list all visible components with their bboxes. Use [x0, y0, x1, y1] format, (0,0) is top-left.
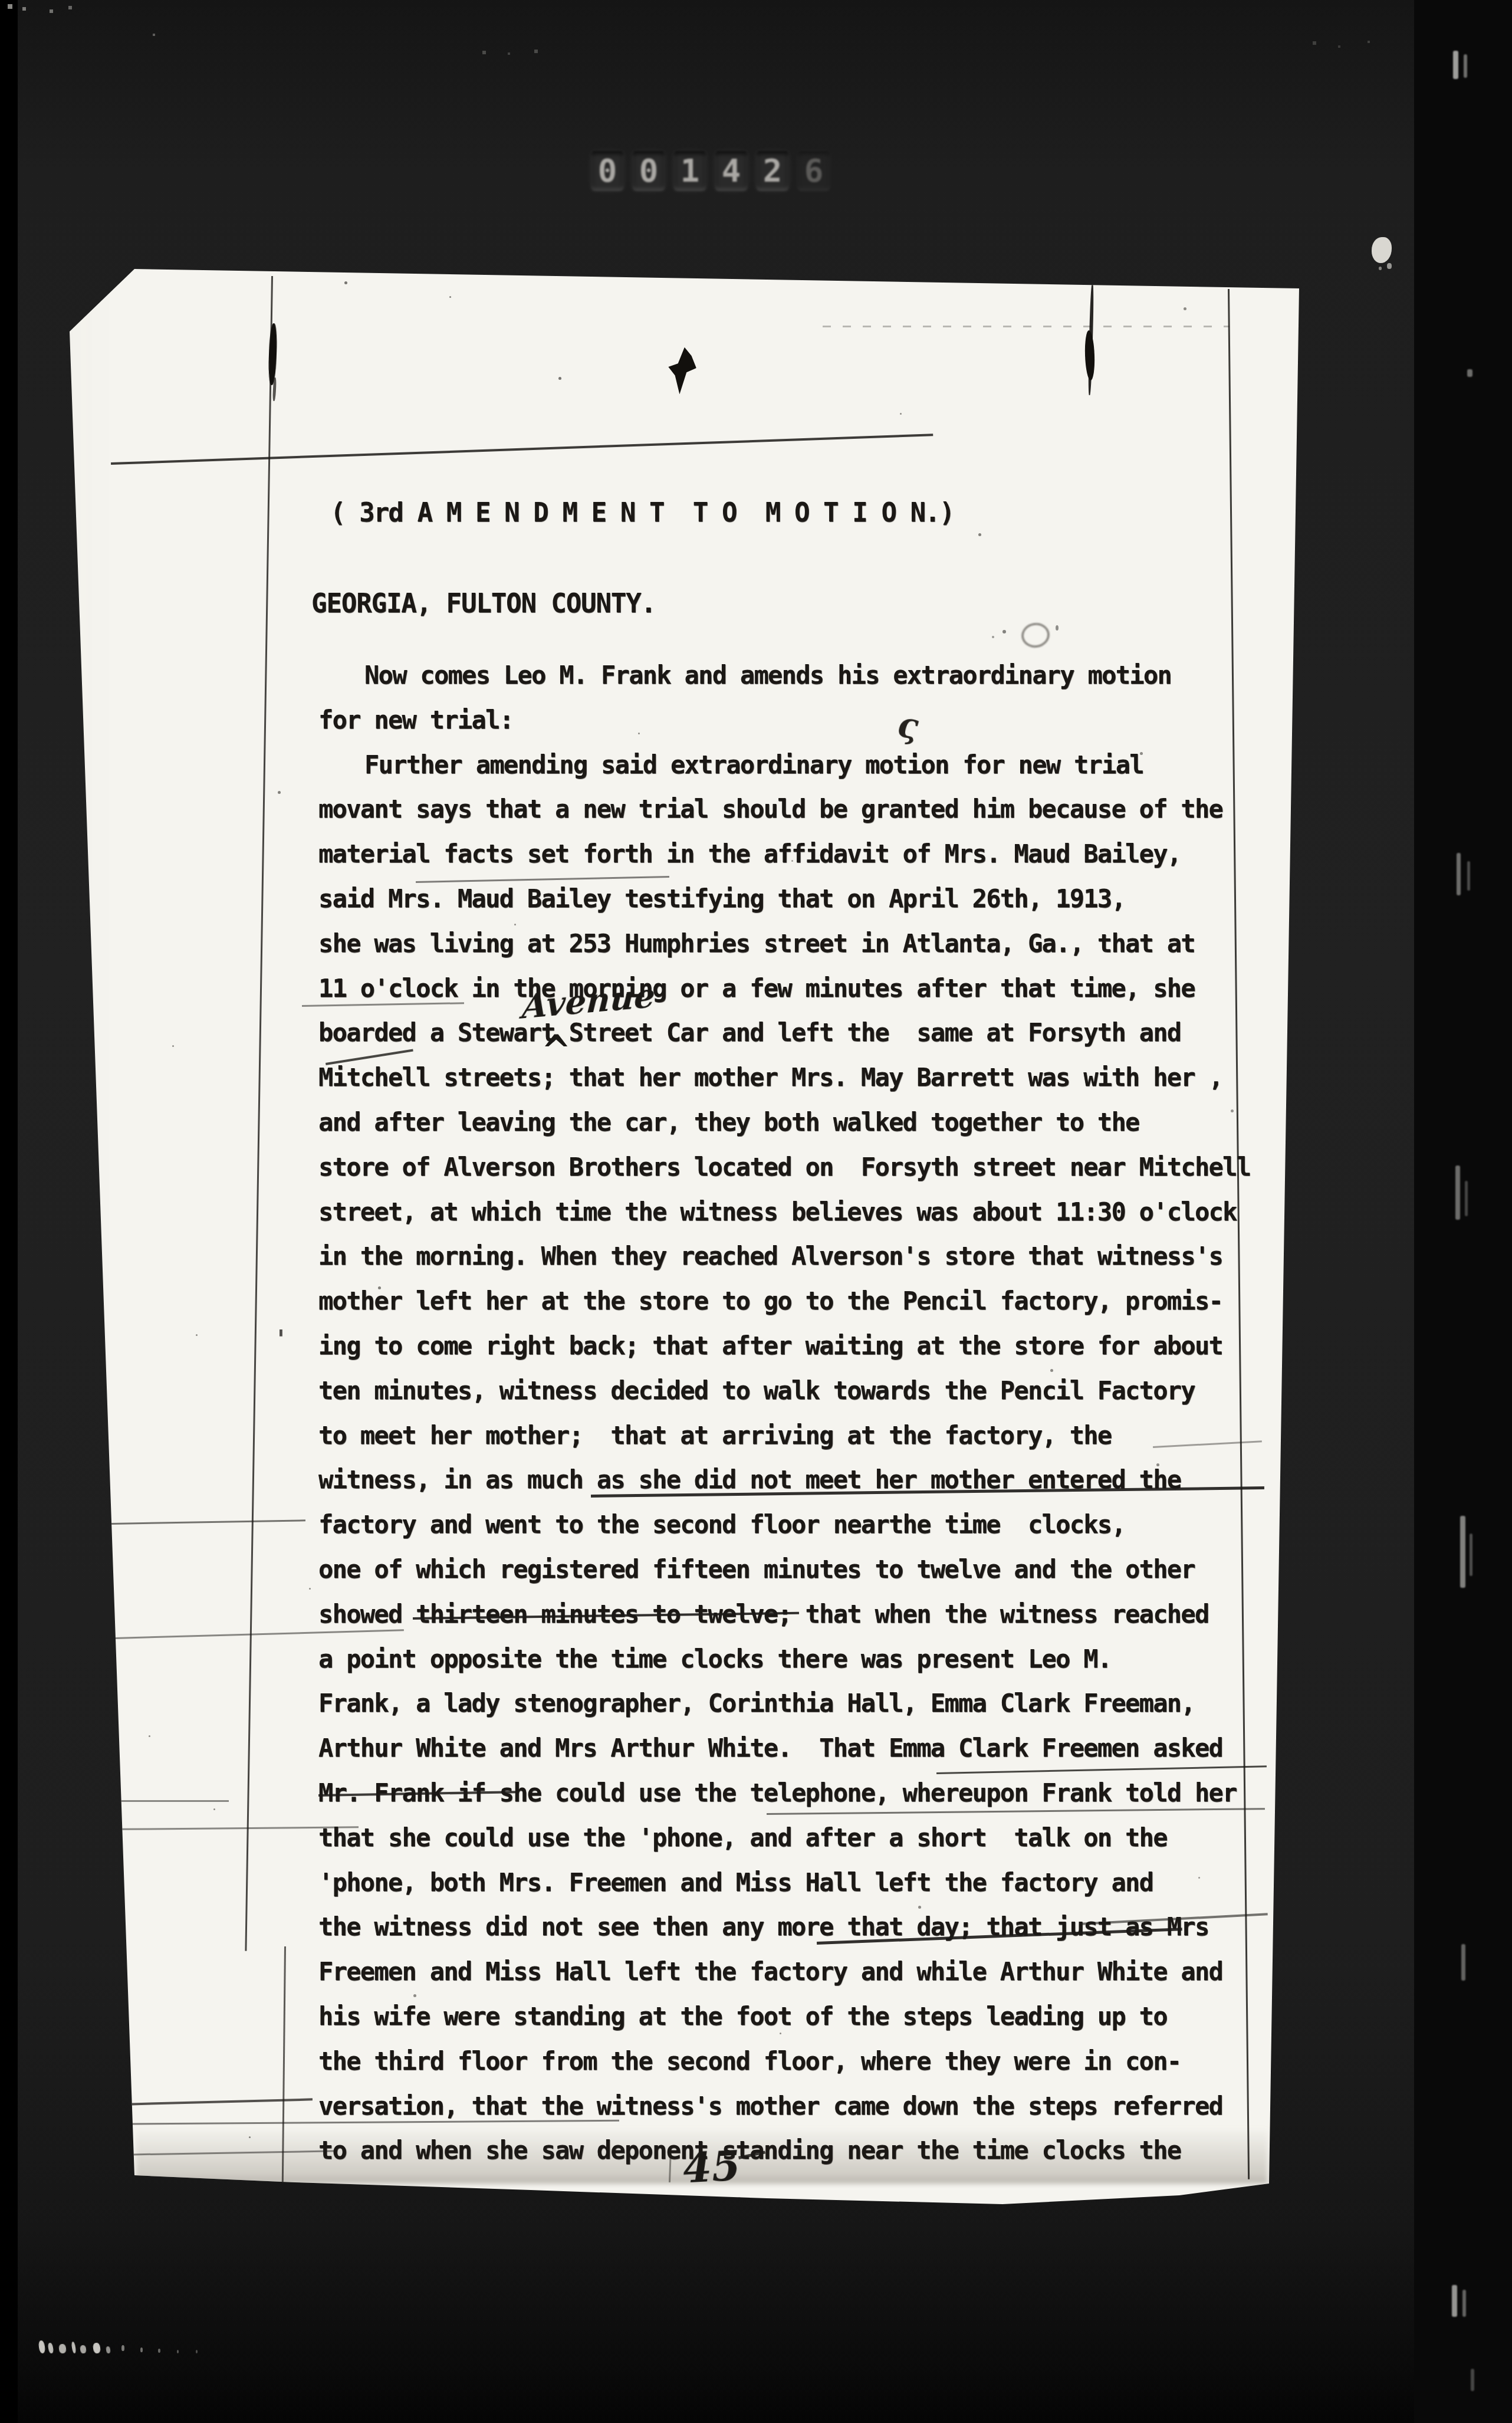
film-edge-streak — [1467, 369, 1472, 377]
typed-line: boarded a Stewart Street Car and left th… — [318, 1020, 1181, 1045]
film-splat-dot — [1379, 267, 1382, 270]
bird-shaped-ink-blot — [660, 345, 699, 396]
insertion-caret-mark: ^ — [541, 1026, 571, 1078]
film-edge-streak — [1464, 54, 1467, 78]
stamp-digit: 0 — [632, 151, 665, 191]
film-edge-streak — [1455, 1165, 1460, 1220]
film-edge-band — [1414, 0, 1512, 2423]
typed-line: a point opposite the time clocks there w… — [318, 1647, 1111, 1672]
typed-line: mother left her at the store to go to th… — [318, 1289, 1222, 1314]
typed-line: store of Alverson Brothers located on Fo… — [318, 1155, 1250, 1180]
typed-line: she was living at 253 Humphries street i… — [318, 931, 1195, 956]
right-ruled-line — [1228, 289, 1250, 2179]
handwritten-page-number: 45 — [682, 2141, 742, 2193]
film-edge-streak — [1470, 1534, 1472, 1576]
film-edge-streak — [1460, 1516, 1465, 1588]
film-edge-streak — [1452, 2285, 1457, 2317]
microfilm-scan: { "film": { "stamp_digits": ["0", "0", "… — [0, 0, 1512, 2423]
stamp-digit: 0 — [591, 151, 624, 191]
stray-squiggle-mark: ς — [896, 705, 920, 747]
typed-line: Arthur White and Mrs Arthur White. That … — [318, 1736, 1222, 1761]
typed-line: for new trial: — [318, 708, 513, 733]
film-edge-streak — [1457, 853, 1461, 895]
frame-number-stamp: 0 0 1 4 2 6 — [591, 151, 830, 191]
scratch-line — [302, 1002, 464, 1007]
scratch-line — [936, 1765, 1267, 1774]
ink-blob-left — [268, 323, 278, 385]
typed-line: that she could use the 'phone, and after… — [318, 1826, 1167, 1850]
typed-line: Mitchell streets; that her mother Mrs. M… — [318, 1065, 1222, 1090]
smudge-dot — [1056, 625, 1059, 631]
typed-line: Now comes Leo M. Frank and amends his ex… — [364, 663, 1171, 688]
film-splat-dot — [1387, 263, 1392, 269]
film-edge-streak — [1462, 2290, 1466, 2317]
scratch-line — [111, 1800, 229, 1802]
typed-line: said Mrs. Maud Bailey testifying that on… — [318, 887, 1125, 911]
typed-line: the third floor from the second floor, w… — [318, 2049, 1181, 2074]
typed-line: 11 o'clock in the morning or a few minut… — [318, 976, 1195, 1001]
typed-line: 'phone, both Mrs. Freemen and Miss Hall … — [318, 1870, 1153, 1895]
document-title: ( 3rd A M E N D M E N T T O M O T I O N.… — [330, 500, 954, 526]
scratch-line — [416, 876, 669, 883]
typed-line: Frank, a lady stenographer, Corinthia Ha… — [318, 1691, 1195, 1716]
film-edge-streak — [1461, 1944, 1465, 1981]
typed-line: ing to come right back; that after waiti… — [318, 1334, 1222, 1358]
typed-line: street, at which time the witness believ… — [318, 1200, 1237, 1224]
typed-line: and after leaving the car, they both wal… — [318, 1110, 1139, 1135]
stamp-digit: 4 — [715, 151, 748, 191]
typed-line: versation, that the witness's mother cam… — [318, 2094, 1222, 2119]
scratch-line — [115, 1629, 404, 1639]
smudge-ring — [1020, 621, 1051, 649]
scratch-line — [88, 2120, 619, 2125]
film-specks — [0, 0, 1, 1]
ink-blob-right — [1084, 330, 1096, 381]
typed-line: his wife were standing at the foot of th… — [318, 2004, 1167, 2029]
scratch-line — [111, 434, 933, 465]
jurisdiction-line: GEORGIA, FULTON COUNTY. — [311, 591, 656, 617]
scratch-line — [1153, 1440, 1262, 1448]
smudge-dot — [992, 636, 994, 638]
typed-line: ten minutes, witness decided to walk tow… — [318, 1378, 1195, 1403]
typed-line: movant says that a new trial should be g… — [318, 797, 1222, 822]
scratch-line — [767, 1808, 1265, 1815]
typed-line: Further amending said extraordinary moti… — [364, 753, 1143, 777]
stamp-digit: 1 — [673, 151, 706, 191]
typed-line: the witness did not see then any more th… — [318, 1915, 1209, 1939]
typed-line: Freemen and Miss Hall left the factory a… — [318, 1959, 1222, 1984]
scratch-line — [111, 1519, 305, 1525]
margin-tick-mark: ' — [277, 1325, 285, 1354]
typed-line: material facts set forth in the affidavi… — [318, 842, 1181, 866]
faint-dotted-line — [823, 326, 1230, 327]
film-edge-streak — [1453, 51, 1458, 79]
left-ruled-line — [245, 276, 273, 1951]
typed-line: to and when she saw deponent standing ne… — [318, 2138, 1181, 2163]
typed-line: to meet her mother; that at arriving at … — [318, 1423, 1111, 1448]
stamp-digit: 2 — [756, 151, 789, 191]
typed-line: one of which registered fifteen minutes … — [318, 1557, 1195, 1582]
film-edge-streak — [1467, 861, 1470, 891]
typed-line: factory and went to the second floor nea… — [318, 1512, 1125, 1537]
typed-line: in the morning. When they reached Alvers… — [318, 1244, 1222, 1269]
ink-blob-tail — [272, 377, 277, 401]
smudge-dot — [1002, 630, 1006, 633]
film-edge-streak — [1465, 1181, 1468, 1216]
stamp-digit: 6 — [797, 151, 830, 191]
film-edge-streak — [1471, 2369, 1474, 2391]
